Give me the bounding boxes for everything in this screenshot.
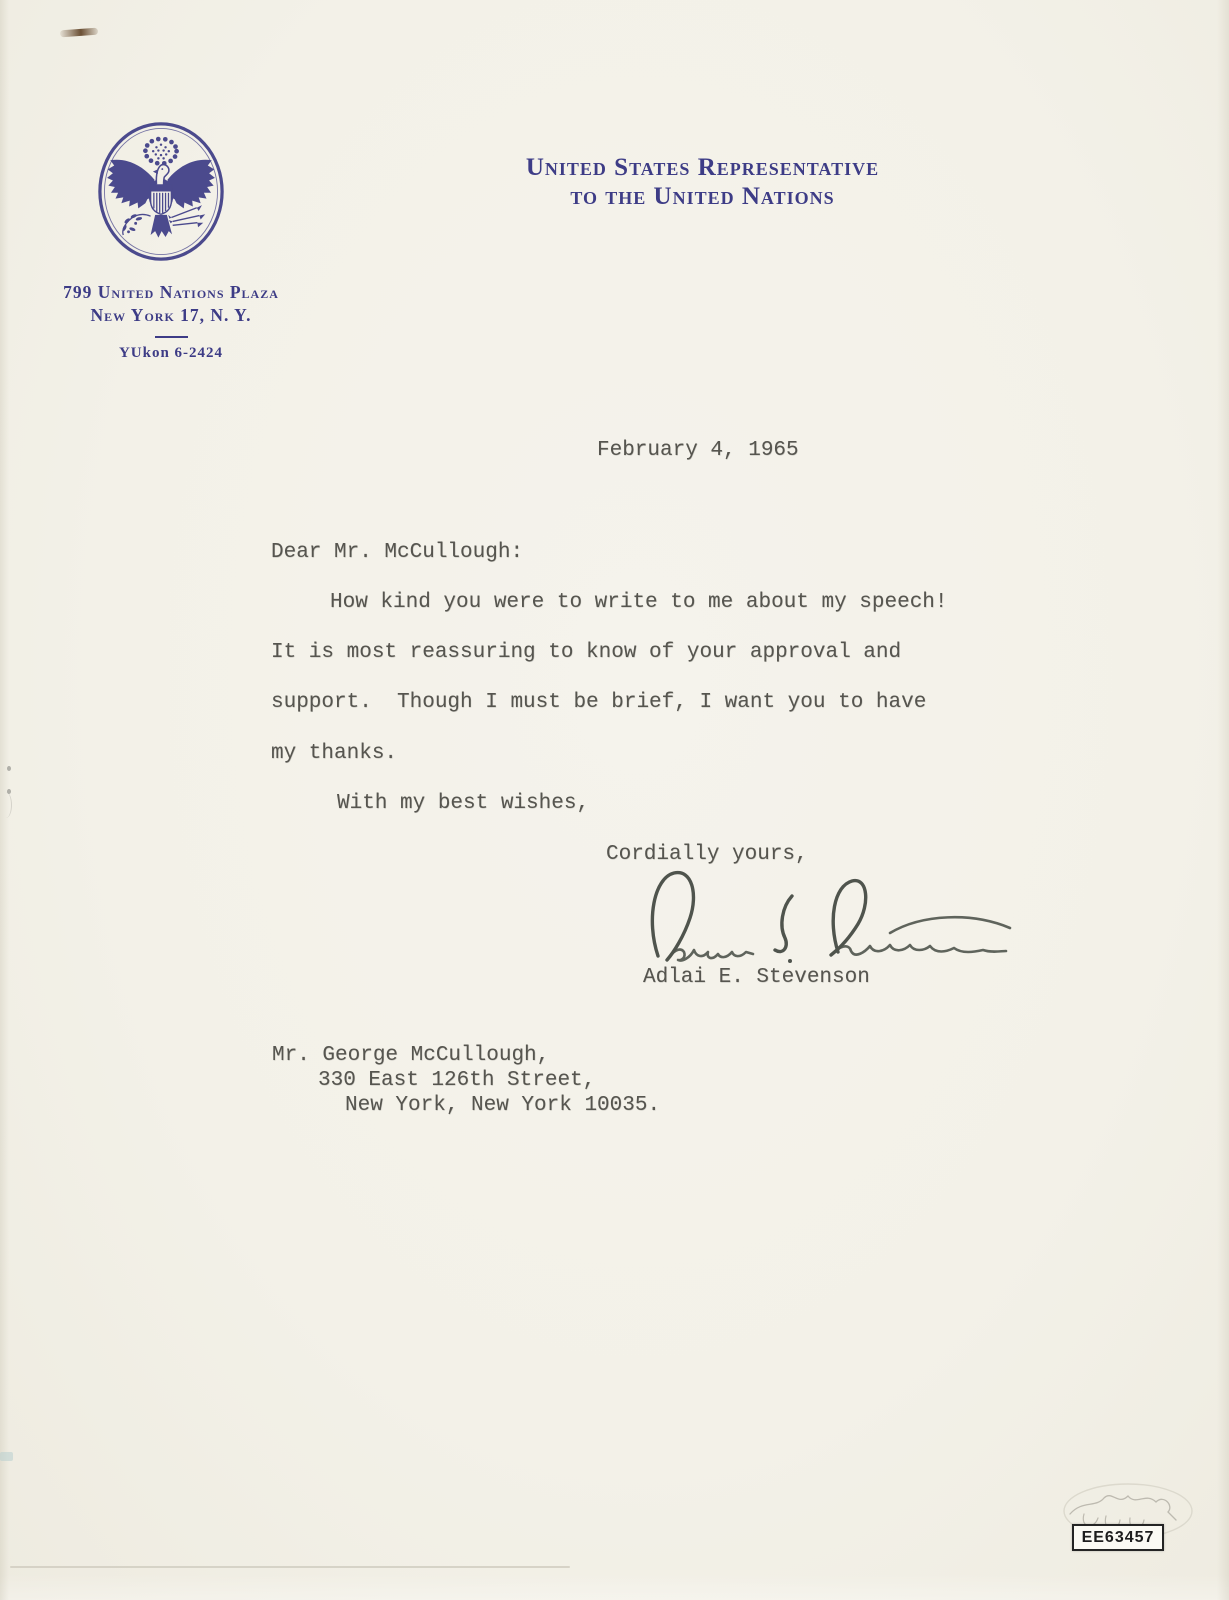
serial-number: EE63457	[1082, 1529, 1155, 1547]
letterhead-address: 799 United Nations Plaza New York 17, N.…	[46, 281, 296, 362]
closing-line: Cordially yours,	[606, 843, 808, 866]
title-line-2: to the United Nations	[500, 182, 905, 211]
scan-mark-blue	[0, 1452, 13, 1461]
body-line-1: How kind you were to write to me about m…	[330, 591, 948, 614]
recipient-line-1: Mr. George McCullough,	[272, 1044, 549, 1067]
scan-mark-dot-1	[7, 766, 11, 771]
phone-number: YUkon 6-2424	[46, 345, 296, 362]
address-line-1: 799 United Nations Plaza	[46, 281, 296, 304]
address-divider	[155, 336, 188, 338]
letterhead-title: United States Representative to the Unit…	[500, 153, 905, 211]
body-line-3: support. Though I must be brief, I want …	[271, 691, 926, 714]
handwritten-signature	[642, 864, 1022, 972]
scan-mark-curve	[2, 792, 12, 818]
date-line: February 4, 1965	[597, 439, 799, 462]
jsa-serial-badge: EE63457	[1072, 1524, 1164, 1551]
body-line-4: my thanks.	[271, 742, 397, 765]
salutation: Dear Mr. McCullough:	[271, 541, 523, 564]
scan-smudge	[60, 28, 98, 38]
body-line-2: It is most reassuring to know of your ap…	[271, 641, 901, 664]
body-line-5: With my best wishes,	[337, 792, 589, 815]
letter-page: United States Representative to the Unit…	[0, 0, 1229, 1600]
typed-signature-name: Adlai E. Stevenson	[643, 966, 870, 989]
title-line-1: United States Representative	[500, 153, 905, 182]
recipient-line-3: New York, New York 10035.	[345, 1094, 660, 1117]
recipient-line-2: 330 East 126th Street,	[318, 1069, 595, 1092]
paper-bottom-edge	[10, 1566, 570, 1568]
address-line-2: New York 17, N. Y.	[46, 304, 296, 327]
great-seal-emblem	[96, 120, 226, 263]
